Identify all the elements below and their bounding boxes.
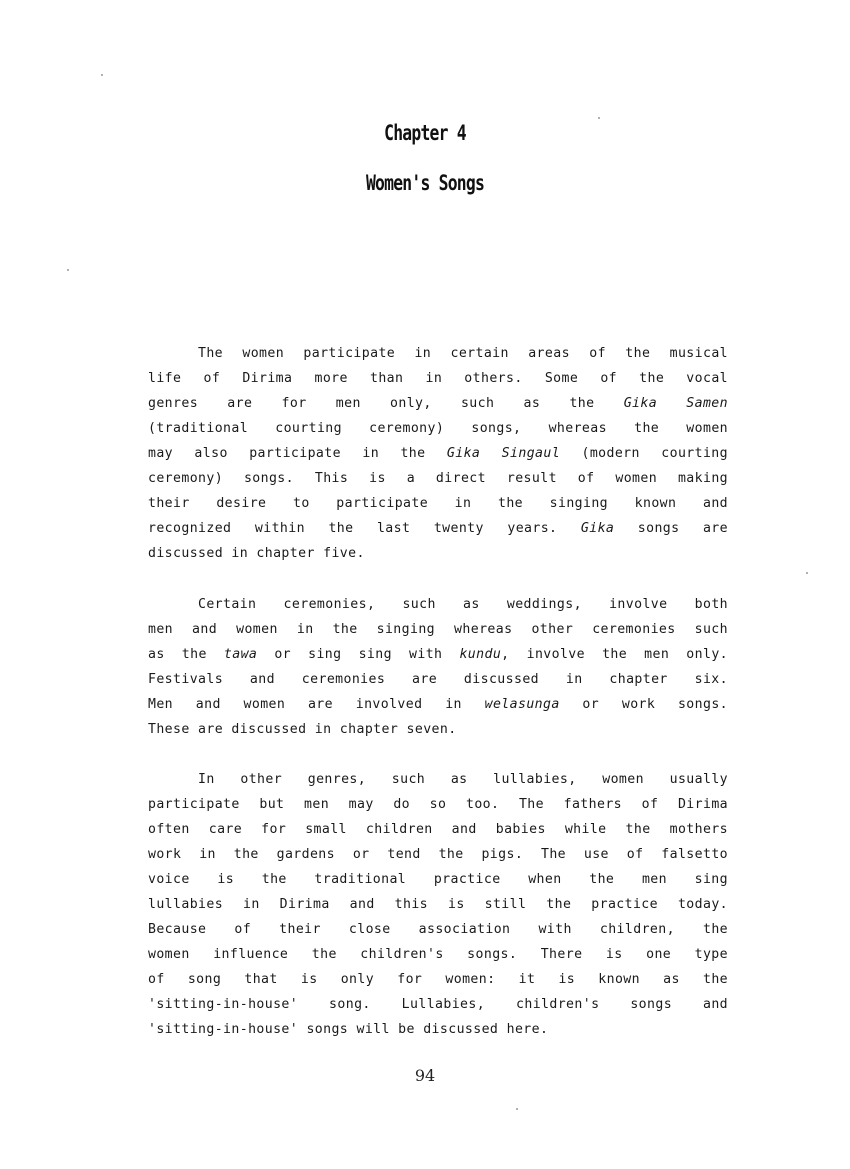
paragraph-2: Certain ceremonies, such as weddings, in… (148, 592, 728, 742)
chapter-number: Chapter 4 (94, 121, 757, 145)
page-number: 94 (0, 1066, 850, 1085)
text-line: their desire to participate in the singi… (148, 491, 728, 516)
text-line: In other genres, such as lullabies, wome… (148, 767, 728, 792)
text-line: genres are for men only, such as the Gik… (148, 391, 728, 416)
text-line: may also participate in the Gika Singaul… (148, 441, 728, 466)
text-line: The women participate in certain areas o… (148, 341, 728, 366)
text-line: participate but men may do so too. The f… (148, 792, 728, 817)
text-line: 'sitting-in-house' songs will be discuss… (148, 1017, 728, 1042)
paragraph-3: In other genres, such as lullabies, wome… (148, 767, 728, 1042)
italic-term: welasunga (485, 697, 560, 712)
text-line: These are discussed in chapter seven. (148, 717, 728, 742)
text-line: (traditional courting ceremony) songs, w… (148, 416, 728, 441)
text-line: life of Dirima more than in others. Some… (148, 366, 728, 391)
text-line: lullabies in Dirima and this is still th… (148, 892, 728, 917)
text-line: Festivals and ceremonies are discussed i… (148, 667, 728, 692)
chapter-title: Women's Songs (94, 171, 757, 195)
paragraph-1: The women participate in certain areas o… (148, 341, 728, 566)
document-page: Chapter 4 Women's Songs The women partic… (0, 0, 850, 1169)
italic-term: Gika Samen (624, 396, 728, 411)
text-line: men and women in the singing whereas oth… (148, 617, 728, 642)
text-line: women influence the children's songs. Th… (148, 942, 728, 967)
scan-speck (806, 572, 808, 574)
scan-speck (101, 74, 103, 76)
text-line: 'sitting-in-house' song. Lullabies, chil… (148, 992, 728, 1017)
text-line: Because of their close association with … (148, 917, 728, 942)
text-line: ceremony) songs. This is a direct result… (148, 466, 728, 491)
text-line: discussed in chapter five. (148, 541, 728, 566)
scan-speck (516, 1108, 518, 1110)
scan-speck (598, 117, 600, 119)
scan-speck (67, 269, 69, 271)
italic-term: Gika (581, 521, 614, 536)
text-line: voice is the traditional practice when t… (148, 867, 728, 892)
text-line: work in the gardens or tend the pigs. Th… (148, 842, 728, 867)
text-line: of song that is only for women: it is kn… (148, 967, 728, 992)
italic-term: Gika Singaul (447, 446, 560, 461)
text-line: often care for small children and babies… (148, 817, 728, 842)
text-line: as the tawa or sing sing with kundu, inv… (148, 642, 728, 667)
italic-term: tawa (224, 647, 257, 662)
italic-term: kundu (459, 647, 501, 662)
text-line: Certain ceremonies, such as weddings, in… (148, 592, 728, 617)
text-line: recognized within the last twenty years.… (148, 516, 728, 541)
text-line: Men and women are involved in welasunga … (148, 692, 728, 717)
